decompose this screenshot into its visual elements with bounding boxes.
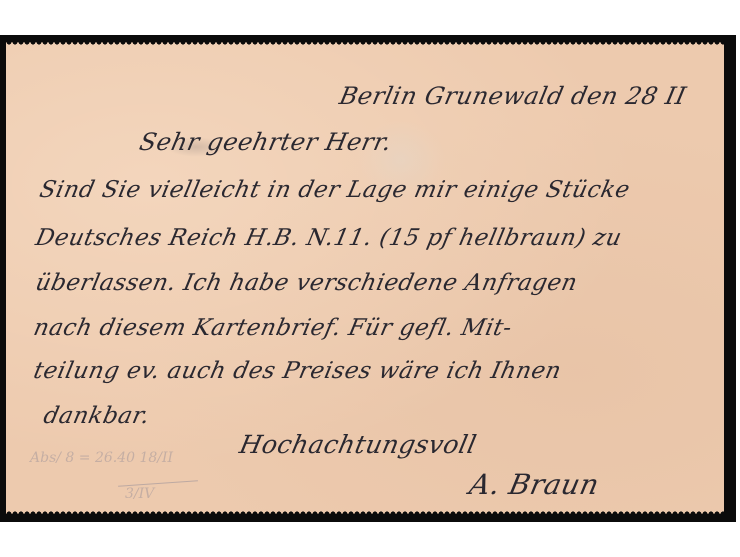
closing: Hochachtungsvoll [237, 430, 479, 459]
pencil-note: Abs/ 8 = 26.40 18/II [30, 450, 173, 466]
date-line: Berlin Grunewald den 28 II [337, 82, 689, 110]
body-line: nach diesem Kartenbrief. Für gefl. Mit- [31, 315, 514, 341]
pencil-note: 3/IV [125, 486, 154, 502]
body-line: dankbar. [41, 403, 152, 429]
perforation-bottom [6, 511, 724, 517]
body-line: Deutsches Reich H.B. N.11. (15 pf hellbr… [33, 225, 624, 251]
body-line: überlassen. Ich habe verschiedene Anfrag… [33, 270, 580, 296]
body-line: teilung ev. auch des Preises wäre ich Ih… [31, 358, 564, 384]
body-line: Sind Sie vielleicht in der Lage mir eini… [37, 177, 632, 203]
signature: A. Braun [466, 468, 602, 501]
salutation: Sehr geehrter Herr. [137, 128, 394, 156]
perforation-top [6, 39, 724, 45]
